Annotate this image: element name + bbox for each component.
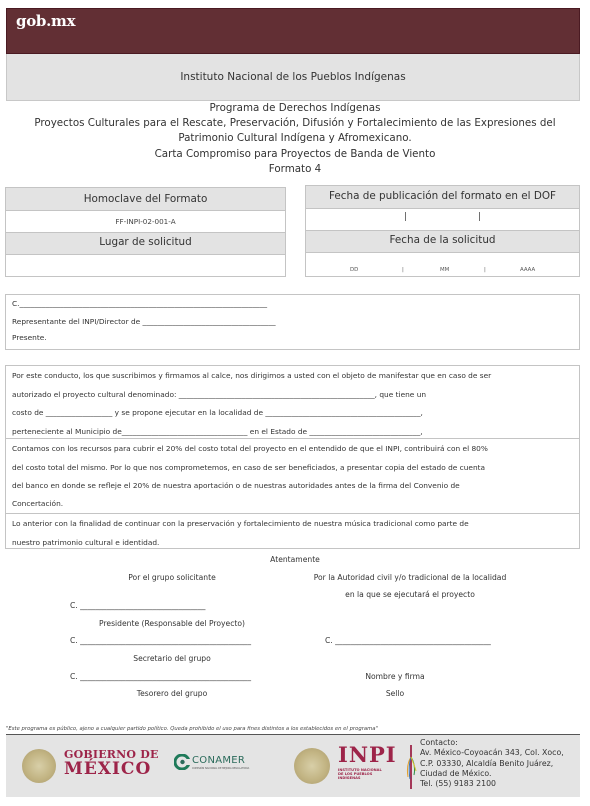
treasurer-label: Tesorero del grupo: [72, 689, 272, 698]
paragraph-line: Contamos con los recursos para cubrir el…: [12, 440, 573, 459]
contact-info: Contacto: Av. México-Coyoacán 343, Col. …: [420, 738, 564, 789]
inpi-subtitle: INSTITUTO NACIONAL DE LOS PUEBLOS INDÍGE…: [338, 768, 397, 781]
dof-separator: |: [404, 212, 407, 222]
date-separator: |: [484, 267, 486, 273]
authority-signature-line[interactable]: C. _____________________________________…: [325, 636, 491, 645]
title-line: Patrimonio Cultural Indígena y Afromexic…: [0, 131, 590, 146]
inpi-seal-icon: [294, 748, 330, 784]
dates-box: Fecha de publicación del formato en el D…: [305, 185, 580, 277]
gob-mx-logo[interactable]: gob.mx: [16, 12, 75, 30]
institution-name: Instituto Nacional de los Pueblos Indíge…: [180, 71, 405, 83]
inpi-subtitle-line: INDÍGENAS: [338, 776, 397, 780]
authority-name-label: Nombre y firma: [310, 672, 480, 681]
president-label: Presidente (Responsable del Proyecto): [72, 619, 272, 628]
title-line: Proyectos Culturales para el Rescate, Pr…: [0, 116, 590, 131]
year-label: AAAA: [520, 267, 535, 273]
authority-seal-label: Sello: [310, 689, 480, 698]
fecha-solicitud-label: Fecha de la solicitud: [306, 231, 579, 253]
institution-bar: Instituto Nacional de los Pueblos Indíge…: [6, 54, 580, 101]
treasurer-signature-line[interactable]: C. _____________________________________…: [70, 672, 251, 681]
paragraph-project: Por este conducto, los que suscribimos y…: [6, 366, 579, 439]
right-signature-heading: Por la Autoridad civil y/o tradicional d…: [280, 573, 540, 582]
gobierno-de-mexico-logo: GOBIERNO DE MÉXICO: [64, 748, 159, 779]
contact-phone[interactable]: Tel. (55) 9183 2100: [420, 779, 564, 789]
inpi-logo: INPI INSTITUTO NACIONAL DE LOS PUEBLOS I…: [338, 742, 397, 781]
paragraph-line: nuestro patrimonio cultural e identidad.: [12, 534, 573, 553]
paragraph-line: Concertación.: [12, 496, 573, 511]
contact-city: Ciudad de México.: [420, 769, 564, 779]
conamer-icon: [174, 754, 190, 770]
title-line: Formato 4: [0, 162, 590, 177]
closing: Atentamente: [0, 555, 590, 564]
contact-address: Av. México-Coyoacán 343, Col. Xoco,: [420, 748, 564, 758]
title-line: Programa de Derechos Indígenas: [0, 101, 590, 116]
president-signature-line[interactable]: C. _________________________________: [70, 601, 205, 610]
day-label: DD: [350, 267, 358, 273]
left-signature-heading: Por el grupo solicitante: [72, 573, 272, 582]
gob-header-bar: [6, 8, 580, 54]
paragraph-line[interactable]: costo de __________________ y se propone…: [12, 404, 573, 423]
addressee-presente: Presente.: [6, 329, 579, 348]
lugar-label: Lugar de solicitud: [6, 233, 285, 255]
dof-separator: |: [478, 212, 481, 222]
document-title: Programa de Derechos Indígenas Proyectos…: [0, 101, 590, 177]
inpi-logo-text: INPI: [338, 742, 397, 767]
paragraph-line: Lo anterior con la finalidad de continua…: [12, 515, 573, 534]
paragraph-line: del costo total del mismo. Por lo que no…: [12, 459, 573, 478]
secretary-label: Secretario del grupo: [72, 654, 272, 663]
contact-address: C.P. 03330, Alcaldía Benito Juárez,: [420, 759, 564, 769]
lugar-field[interactable]: [6, 255, 285, 276]
homoclave-value: FF-INPI-02-001-A: [6, 211, 285, 233]
title-line: Carta Compromiso para Proyectos de Banda…: [0, 147, 590, 162]
paragraph-funding: Contamos con los recursos para cubrir el…: [6, 439, 579, 514]
form-id-box: Homoclave del Formato FF-INPI-02-001-A L…: [5, 187, 286, 277]
date-separator: |: [402, 267, 404, 273]
footer-bar: GOBIERNO DE MÉXICO CONAMER COMISIÓN NACI…: [6, 735, 580, 797]
paragraph-purpose: Lo anterior con la finalidad de continua…: [6, 514, 579, 552]
dof-label: Fecha de publicación del formato en el D…: [306, 186, 579, 209]
fecha-solicitud-field[interactable]: DD | MM | AAAA: [306, 253, 579, 276]
contact-heading: Contacto:: [420, 738, 564, 748]
secretary-signature-line[interactable]: C. _____________________________________…: [70, 636, 251, 645]
gobierno-logo-line2: MÉXICO: [64, 759, 159, 779]
paragraph-line: del banco en donde se refleje el 20% de …: [12, 477, 573, 496]
dof-date-field[interactable]: | |: [306, 209, 579, 231]
disclaimer: "Este programa es público, ajeno a cualq…: [6, 726, 580, 735]
month-label: MM: [440, 267, 449, 273]
homoclave-label: Homoclave del Formato: [6, 188, 285, 211]
conamer-name: CONAMER: [192, 755, 245, 766]
paragraph-line: Por este conducto, los que suscribimos y…: [12, 367, 573, 386]
mexico-seal-icon: [22, 749, 56, 783]
inpi-ribbon-icon: [404, 743, 418, 791]
addressee-box: C.______________________________________…: [5, 294, 580, 350]
right-signature-heading-2: en la que se ejecutará el proyecto: [280, 590, 540, 599]
addressee-name-line[interactable]: C.______________________________________…: [6, 295, 579, 314]
conamer-subtitle: COMISIÓN NACIONAL DE MEJORA REGULATORIA: [192, 767, 249, 770]
paragraph-line[interactable]: autorizado el proyecto cultural denomina…: [12, 386, 573, 405]
letter-body: Por este conducto, los que suscribimos y…: [5, 365, 580, 549]
